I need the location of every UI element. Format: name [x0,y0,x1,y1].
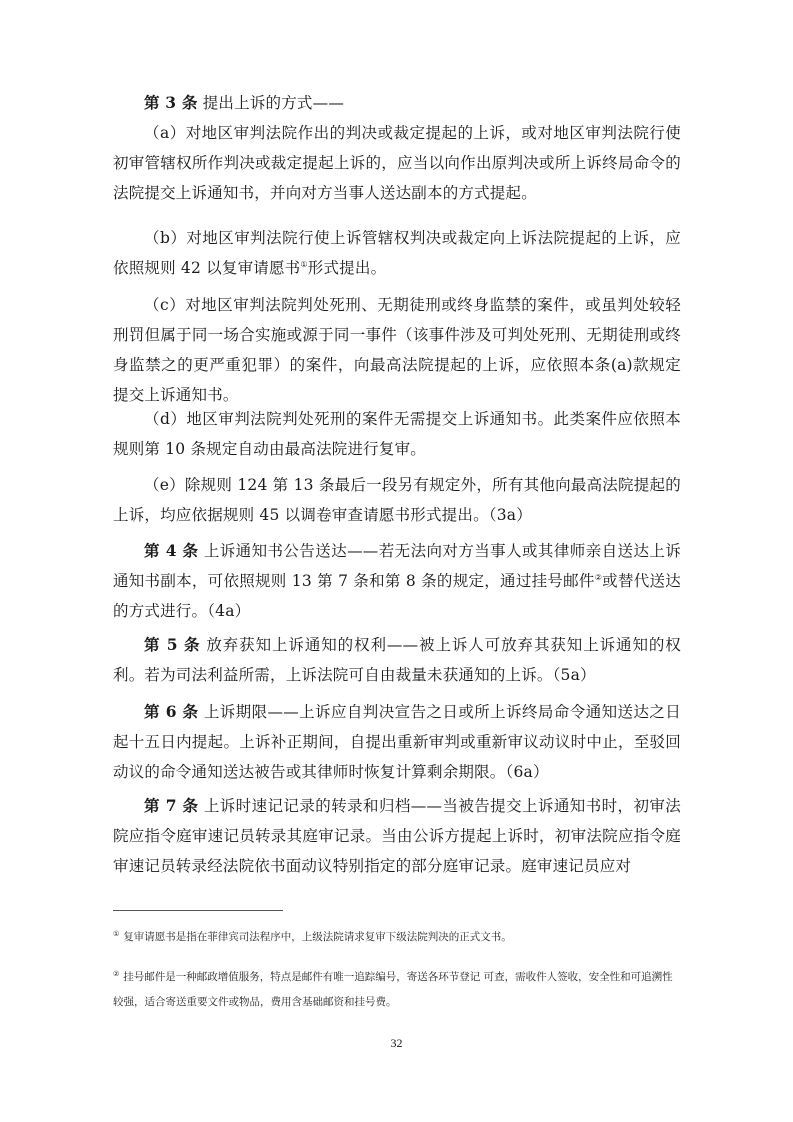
article-label: 第 4 条 [144,541,198,560]
article-label: 第 6 条 [144,702,198,721]
footnote-divider [113,910,283,911]
article-3-para-d: （d）地区审判法院判处死刑的案件无需提交上诉通知书。此类案件应依照本规则第 10… [113,404,681,464]
article-label: 第 7 条 [144,796,198,815]
article-3-para-e: （e）除规则 124 第 13 条最后一段另有规定外，所有其他向最高法院提起的上… [113,470,681,530]
article-7: 第 7 条 上诉时速记记录的转录和归档——当被告提交上诉通知书时，初审法院应指令… [113,791,681,881]
article-4: 第 4 条 上诉通知书公告送达——若无法向对方当事人或其律师亲自送达上诉通知书副… [113,536,681,626]
article-3-para-b: （b）对地区审判法院行使上诉管辖权判决或裁定向上诉法院提起的上诉，应依照规则 4… [113,223,681,283]
footnote-mark: ② [113,970,119,978]
article-3-para-a: （a）对地区审判法院作出的判决或裁定提起的上诉，或对地区审判法院行使初审管辖权所… [113,118,681,208]
article-label: 第 5 条 [144,635,200,654]
footnote-ref-1[interactable]: ① [300,260,307,269]
article-label: 第 3 条 [144,93,198,112]
footnote-1: ①复审请愿书是指在菲律宾司法程序中，上级法院请求复审下级法院判决的正式文书。 [113,925,681,950]
article-3-para-c: （c）对地区审判法院判处死刑、无期徒刑或终身监禁的案件，或虽判处较轻刑罚但属于同… [113,290,681,410]
footnote-2: ②挂号邮件是一种邮政增值服务，特点是邮件有唯一追踪编号，寄送各环节登记 可查，需… [113,965,681,1015]
article-title: 提出上诉的方式—— [203,94,344,112]
page-number: 32 [0,1036,793,1051]
article-3-heading: 第 3 条 提出上诉的方式—— [113,88,681,118]
article-6: 第 6 条 上诉期限——上诉应自判决宣告之日或所上诉终局命令通知送达之日起十五日… [113,697,681,787]
footnote-mark: ① [113,930,119,938]
article-5: 第 5 条 放弃获知上诉通知的权利——被上诉人可放弃其获知上诉通知的权利。若为司… [113,630,681,690]
